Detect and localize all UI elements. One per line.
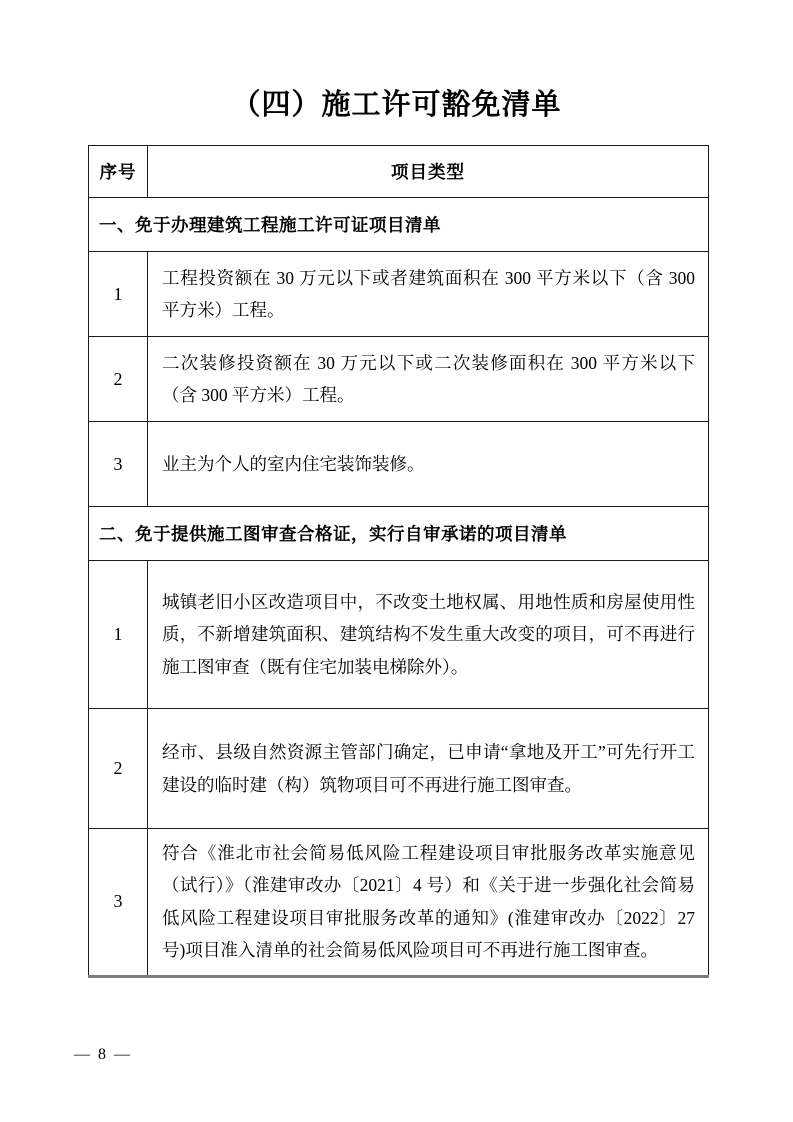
- header-serial: 序号: [89, 146, 148, 198]
- exemption-table: 序号 项目类型 一、免于办理建筑工程施工许可证项目清单 1 工程投资额在 30 …: [88, 145, 709, 978]
- table-row: 1 工程投资额在 30 万元以下或者建筑面积在 300 平方米以下（含 300 …: [89, 252, 709, 337]
- row-text: 经市、县级自然资源主管部门确定，已申请“拿地及开工”可先行开工建设的临时建（构）…: [148, 709, 709, 829]
- table-row: 3 符合《淮北市社会简易低风险工程建设项目审批服务改革实施意见（试行）》（淮建审…: [89, 829, 709, 977]
- row-serial: 1: [89, 252, 148, 337]
- row-serial: 3: [89, 422, 148, 507]
- row-serial: 2: [89, 337, 148, 422]
- section-1-heading-row: 一、免于办理建筑工程施工许可证项目清单: [89, 198, 709, 252]
- row-serial: 3: [89, 829, 148, 977]
- row-text: 城镇老旧小区改造项目中，不改变土地权属、用地性质和房屋使用性质，不新增建筑面积、…: [148, 561, 709, 709]
- table-row: 3 业主为个人的室内住宅装饰装修。: [89, 422, 709, 507]
- row-text: 工程投资额在 30 万元以下或者建筑面积在 300 平方米以下（含 300 平方…: [148, 252, 709, 337]
- row-text: 业主为个人的室内住宅装饰装修。: [148, 422, 709, 507]
- page-title: （四）施工许可豁免清单: [0, 82, 793, 123]
- header-project-type: 项目类型: [148, 146, 709, 198]
- section-1-heading: 一、免于办理建筑工程施工许可证项目清单: [89, 198, 709, 252]
- section-2-heading: 二、免于提供施工图审查合格证，实行自审承诺的项目清单: [89, 507, 709, 561]
- table-row: 1 城镇老旧小区改造项目中，不改变土地权属、用地性质和房屋使用性质，不新增建筑面…: [89, 561, 709, 709]
- row-serial: 1: [89, 561, 148, 709]
- table-row: 2 经市、县级自然资源主管部门确定，已申请“拿地及开工”可先行开工建设的临时建（…: [89, 709, 709, 829]
- page-number: — 8 —: [74, 1046, 132, 1064]
- row-text: 二次装修投资额在 30 万元以下或二次装修面积在 300 平方米以下（含 300…: [148, 337, 709, 422]
- table-row: 2 二次装修投资额在 30 万元以下或二次装修面积在 300 平方米以下（含 3…: [89, 337, 709, 422]
- section-2-heading-row: 二、免于提供施工图审查合格证，实行自审承诺的项目清单: [89, 507, 709, 561]
- table-header-row: 序号 项目类型: [89, 146, 709, 198]
- row-text: 符合《淮北市社会简易低风险工程建设项目审批服务改革实施意见（试行）》（淮建审改办…: [148, 829, 709, 977]
- row-serial: 2: [89, 709, 148, 829]
